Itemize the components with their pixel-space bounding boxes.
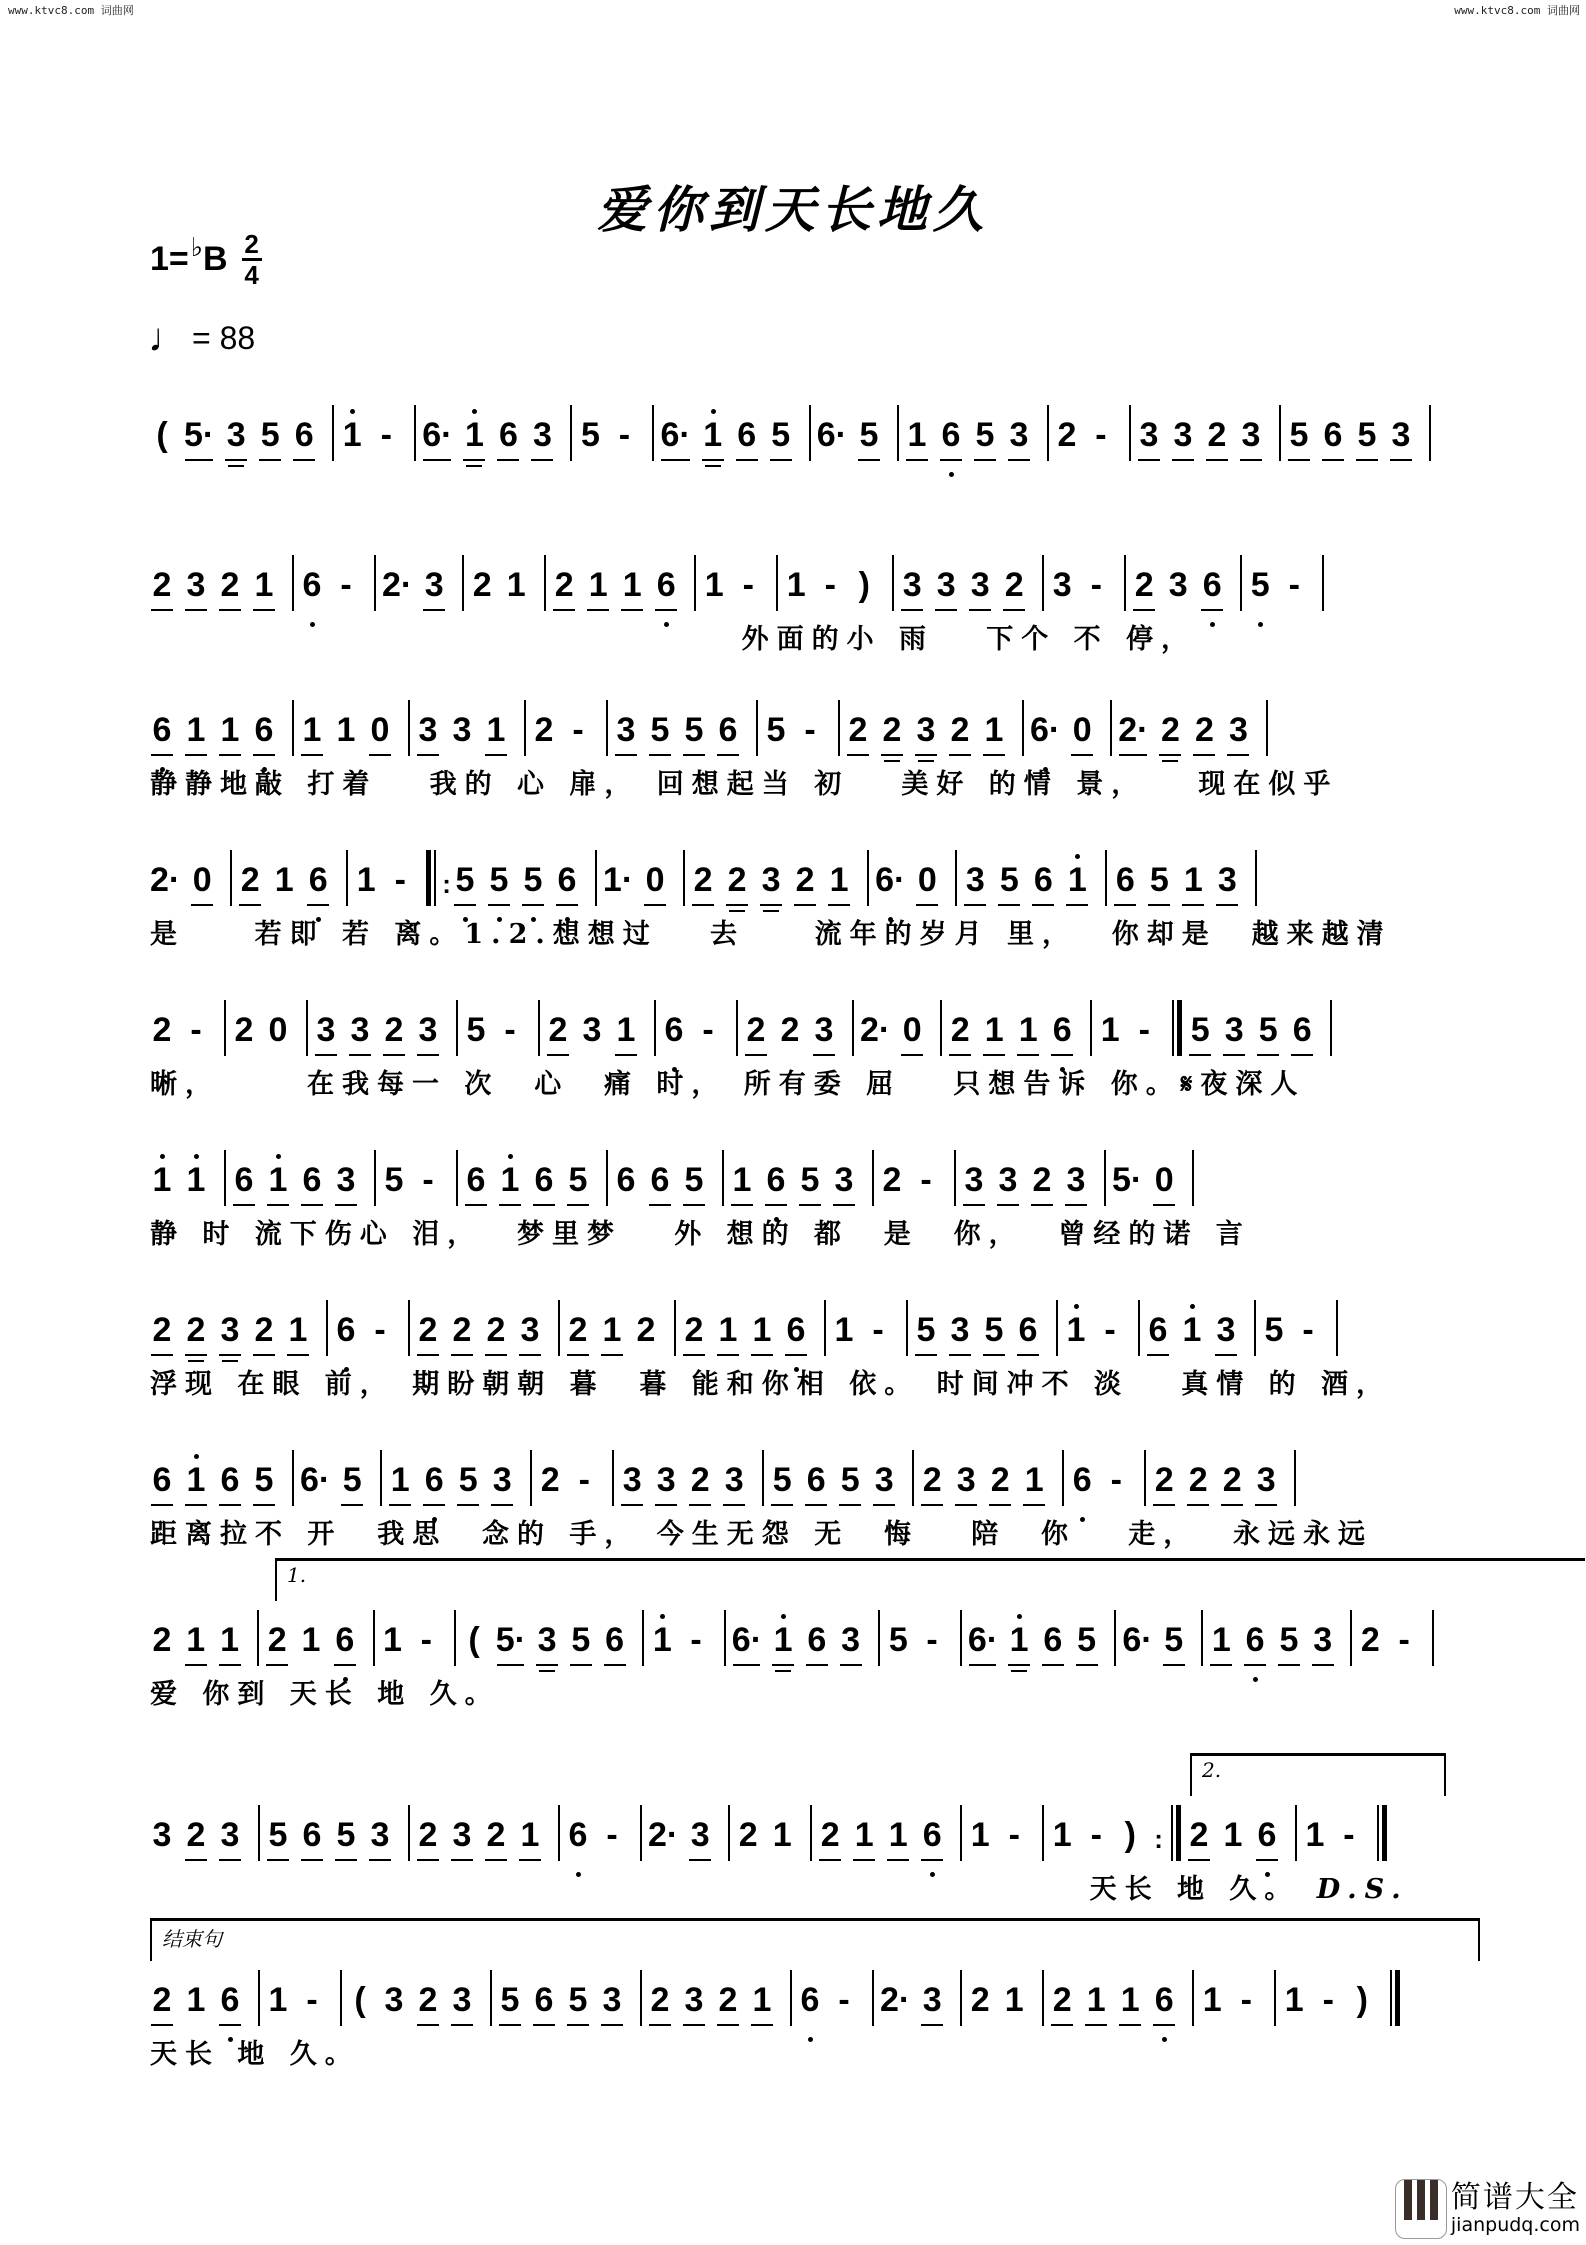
barline	[258, 1970, 260, 2026]
lyric-line: 外面的小 雨 下个 不 停，	[150, 617, 1196, 656]
note: 1	[1180, 1310, 1204, 1350]
volta-bracket: 1.	[275, 1558, 1585, 1601]
note: 3	[530, 415, 554, 455]
note: 2	[150, 1620, 174, 1660]
note: 5	[982, 1310, 1006, 1350]
dash: -	[1296, 1310, 1320, 1350]
note: 3	[416, 1010, 440, 1050]
barline	[642, 1610, 644, 1666]
notation-line: 2·02161-:55561·0223216·035616513	[150, 840, 1440, 900]
note: 6	[334, 1310, 358, 1350]
note: 2	[716, 1980, 740, 2020]
dash: -	[1089, 415, 1113, 455]
note: 1	[1098, 1010, 1122, 1050]
barline	[1322, 555, 1324, 611]
dash: -	[818, 565, 842, 605]
note: 0	[915, 860, 939, 900]
note: 6·	[1030, 710, 1060, 750]
note: 3	[914, 710, 938, 750]
note: 5	[1355, 415, 1379, 455]
barline	[790, 1970, 792, 2026]
key-note: B	[203, 240, 228, 279]
barline	[1192, 1970, 1194, 2026]
note: 3	[334, 1160, 358, 1200]
note: 3	[150, 1815, 174, 1855]
lyric-line: 静静地敲 打着 我的 心 扉， 回想起当 初 美好 的情 景， 现在似乎	[150, 762, 1338, 801]
note: 6	[784, 1310, 808, 1350]
note: 2	[566, 1310, 590, 1350]
dash: -	[388, 860, 412, 900]
barline	[912, 1450, 914, 1506]
barline	[332, 405, 334, 461]
note: 5	[648, 710, 672, 750]
barline	[640, 1970, 642, 2026]
note: 2	[948, 1010, 972, 1050]
note: 2	[691, 860, 715, 900]
note: 1	[299, 1620, 323, 1660]
note: 2·	[150, 860, 180, 900]
note: 5	[886, 1620, 910, 1660]
note: 1	[702, 565, 726, 605]
barline	[456, 1000, 458, 1056]
dash: -	[1392, 1620, 1416, 1660]
barline	[724, 1610, 726, 1666]
barline	[940, 1000, 942, 1056]
repeat-start-barline	[426, 850, 436, 906]
note: 2	[682, 1310, 706, 1350]
note: 3	[218, 1815, 242, 1855]
note: 1	[1007, 1620, 1031, 1660]
note: 5	[569, 1620, 593, 1660]
note: 3	[1064, 1160, 1088, 1200]
note: 2	[880, 710, 904, 750]
note: 6	[306, 860, 330, 900]
volta-bracket: 2.	[1190, 1753, 1446, 1796]
note: 0	[643, 860, 667, 900]
watermark-left: www.ktvc8.com 词曲网	[8, 2, 134, 18]
note: 6	[292, 415, 316, 455]
note: 2	[1187, 1815, 1211, 1855]
note: 5	[1075, 1620, 1099, 1660]
note: 5	[857, 415, 881, 455]
dash: -	[1002, 1815, 1026, 1855]
note: 6	[1243, 1620, 1267, 1660]
note: 2	[1186, 1460, 1210, 1500]
barline	[606, 700, 608, 756]
note: 3	[920, 1980, 944, 2020]
note: 6	[300, 565, 324, 605]
note: 3	[722, 1460, 746, 1500]
note: 6	[603, 1620, 627, 1660]
note: 2	[265, 1620, 289, 1660]
note: 1	[1016, 1010, 1040, 1050]
note: 1	[184, 1980, 208, 2020]
note: 1	[586, 565, 610, 605]
note: 1	[827, 860, 851, 900]
dash: -	[736, 565, 760, 605]
note: 1	[1221, 1815, 1245, 1855]
note: 6·	[732, 1620, 762, 1660]
note: 5	[682, 710, 706, 750]
barline	[960, 1970, 962, 2026]
note: 3	[1239, 415, 1263, 455]
note: 1	[334, 710, 358, 750]
note: 3	[948, 1310, 972, 1350]
barline	[230, 850, 232, 906]
note: 1	[770, 1815, 794, 1855]
note: 2	[688, 1460, 712, 1500]
note: 6	[735, 415, 759, 455]
note: 1	[218, 710, 242, 750]
note: 6	[1041, 1620, 1065, 1660]
note: 1	[620, 565, 644, 605]
dash: -	[416, 1160, 440, 1200]
barline	[736, 1000, 738, 1056]
note: 1	[150, 1160, 174, 1200]
note: 6	[555, 860, 579, 900]
barline	[960, 1610, 962, 1666]
note: 1	[1064, 1310, 1088, 1350]
score-row: 2·02161-:55561·0223216·035616513是 若即 若 离…	[150, 840, 1440, 900]
note: 5	[566, 1980, 590, 2020]
note: 2	[1158, 710, 1182, 750]
note: 1	[184, 1160, 208, 1200]
note: 5	[1248, 565, 1272, 605]
note: 3	[872, 1460, 896, 1500]
barline	[1042, 1805, 1044, 1861]
note: 5	[798, 1160, 822, 1200]
note: 3	[1214, 1310, 1238, 1350]
note: 1	[1200, 1980, 1224, 2020]
dash: -	[1084, 565, 1108, 605]
barline	[954, 1150, 956, 1206]
note: 2	[1055, 415, 1079, 455]
note: 6	[150, 710, 174, 750]
note: 5	[498, 1980, 522, 2020]
note: 3	[954, 1460, 978, 1500]
paren: )	[1350, 1980, 1374, 2020]
note: 6·	[422, 415, 452, 455]
note: 2	[484, 1815, 508, 1855]
dash: -	[600, 1815, 624, 1855]
note: 2	[778, 1010, 802, 1050]
note: 6·	[875, 860, 905, 900]
note: 5	[382, 1160, 406, 1200]
note: 1	[184, 1460, 208, 1500]
barline	[654, 1000, 656, 1056]
note: 3	[1050, 565, 1074, 605]
note: 5	[464, 1010, 488, 1050]
note: 6	[614, 1160, 638, 1200]
note: 3	[450, 1815, 474, 1855]
note: 1	[614, 1010, 638, 1050]
note: 1	[982, 710, 1006, 750]
note: 0	[900, 1010, 924, 1050]
note: 5	[914, 1310, 938, 1350]
notation-line: 2-2033235-2316-2232·021161-5356	[150, 990, 1440, 1050]
note: 1	[498, 1160, 522, 1200]
barline	[1295, 1805, 1297, 1861]
barline	[224, 1000, 226, 1056]
note: 5·	[184, 415, 214, 455]
barline	[408, 1805, 410, 1861]
score-row: 2-2033235-2316-2232·021161-5356晰， 在我每一 次…	[150, 990, 1440, 1050]
note: 5	[487, 860, 511, 900]
note: 3	[963, 860, 987, 900]
lyric-line: 静 时 流下伤心 泪， 梦里梦 外 想的 都 是 你， 曾经的诺 言	[150, 1212, 1251, 1251]
note: 1	[1050, 1815, 1074, 1855]
note: 2·	[382, 565, 412, 605]
note: 2	[184, 1310, 208, 1350]
note: 6	[798, 1980, 822, 2020]
barline	[1022, 700, 1024, 756]
barline	[306, 1000, 308, 1056]
barline	[1254, 1300, 1256, 1356]
note: 2·	[1118, 710, 1148, 750]
note: 1	[300, 710, 324, 750]
note: 1	[184, 1620, 208, 1660]
note: 1	[518, 1815, 542, 1855]
note: 2	[232, 1010, 256, 1050]
note: 6·	[1122, 1620, 1152, 1660]
barline	[1192, 1150, 1194, 1206]
barline	[756, 700, 758, 756]
note: 1	[286, 1310, 310, 1350]
note: 3	[654, 1460, 678, 1500]
note: 2	[634, 1310, 658, 1350]
note: 2	[184, 1815, 208, 1855]
note: 1	[484, 710, 508, 750]
note: 2	[1205, 415, 1229, 455]
note: 2	[1220, 1460, 1244, 1500]
barline	[722, 1150, 724, 1206]
note: 1	[272, 860, 296, 900]
note: 1·	[603, 860, 633, 900]
barline	[558, 1300, 560, 1356]
barline	[1429, 405, 1431, 461]
note: 6	[939, 415, 963, 455]
barline	[538, 1000, 540, 1056]
note: 3	[1215, 860, 1239, 900]
note: 2	[1152, 1460, 1176, 1500]
notation-line: 2112161-(5·3561-6·1635-6·1656·516532-	[150, 1600, 1440, 1660]
dash: -	[1098, 1310, 1122, 1350]
note: 3	[416, 710, 440, 750]
note: 3	[314, 1010, 338, 1050]
paren: )	[852, 565, 876, 605]
dash: -	[566, 710, 590, 750]
note: 1	[1084, 1980, 1108, 2020]
note: 5	[1162, 1620, 1186, 1660]
note: 6	[532, 1160, 556, 1200]
barline	[824, 1300, 826, 1356]
note: 1	[462, 415, 486, 455]
dash: -	[1234, 1980, 1258, 2020]
barline	[257, 1610, 259, 1666]
paren: (	[462, 1620, 486, 1660]
barline	[867, 850, 869, 906]
barline	[292, 1450, 294, 1506]
note: 5	[1262, 1310, 1286, 1350]
note: 1	[1282, 1980, 1306, 2020]
paren: (	[348, 1980, 372, 2020]
note: 1	[340, 415, 364, 455]
note: 0	[1152, 1160, 1176, 1200]
final-barline	[1172, 1000, 1182, 1056]
note: 2·	[648, 1815, 678, 1855]
barline	[462, 555, 464, 611]
note: 2	[1002, 565, 1026, 605]
note: 1	[750, 1310, 774, 1350]
note: 6	[716, 710, 740, 750]
score-row: 2112161-(5·3561-6·1635-6·1656·516532-爱 你…	[150, 1600, 1440, 1660]
tempo-marking: ♩ = 88	[148, 316, 255, 361]
barline	[1294, 1450, 1296, 1506]
dash: -	[914, 1160, 938, 1200]
barline	[1201, 1610, 1203, 1666]
note: 3	[348, 1010, 372, 1050]
note: 1	[750, 1980, 774, 2020]
time-top: 2	[244, 232, 258, 256]
note: 6	[1016, 1310, 1040, 1350]
barline	[340, 1970, 342, 2026]
note: 2	[218, 565, 242, 605]
lyric-line: 晰， 在我每一 次 心 痛 时， 所有委 屈 只想告诉 你。𝄋夜深人	[150, 1062, 1305, 1101]
note: 6	[1146, 1310, 1170, 1350]
note: 2	[470, 565, 494, 605]
note: 6	[1050, 1010, 1074, 1050]
note: 2	[416, 1815, 440, 1855]
score-row: 2161-(323565323216-2·32121161-1-)天长 地 久。…	[150, 1960, 1440, 2020]
note: 5	[456, 1460, 480, 1500]
note: 2	[648, 1980, 672, 2020]
dash: -	[374, 415, 398, 455]
note: 2	[1132, 565, 1156, 605]
notation-line: 223216-222321221161-53561-6135-	[150, 1290, 1440, 1350]
barline	[374, 1150, 376, 1206]
barline	[326, 1300, 328, 1356]
note: 6	[300, 1815, 324, 1855]
note: 3	[368, 1815, 392, 1855]
note: 5	[340, 1460, 364, 1500]
barline	[606, 1150, 608, 1206]
barline	[558, 1805, 560, 1861]
note: 3	[934, 565, 958, 605]
note: 1	[1118, 1980, 1142, 2020]
note: 5	[453, 860, 477, 900]
dash: -	[866, 1310, 890, 1350]
note: 3	[759, 860, 783, 900]
note: 6·	[300, 1460, 330, 1500]
dash: -	[334, 565, 358, 605]
barline	[595, 850, 597, 906]
note: 3	[1389, 415, 1413, 455]
note: 6	[333, 1620, 357, 1660]
note: 1	[388, 1460, 412, 1500]
barline	[1255, 850, 1257, 906]
barline	[408, 700, 410, 756]
note: 1	[252, 565, 276, 605]
barline	[380, 1450, 382, 1506]
barline	[1432, 1610, 1434, 1666]
note: 2	[968, 1980, 992, 2020]
note: 5	[578, 415, 602, 455]
barline	[1330, 1000, 1332, 1056]
note: 1	[771, 1620, 795, 1660]
note: 1	[832, 1310, 856, 1350]
note: 2	[1030, 1160, 1054, 1200]
volta-bracket: 结束句	[150, 1918, 1480, 1961]
final-barline	[1390, 1970, 1400, 2026]
barline	[373, 1610, 375, 1666]
notation-line: 323565323216-2·32121161-1-):2161-	[150, 1795, 1440, 1855]
note: 6	[1255, 1815, 1279, 1855]
note: 1	[381, 1620, 405, 1660]
note: 3	[688, 1815, 712, 1855]
note: 6	[648, 1160, 672, 1200]
barline	[612, 1450, 614, 1506]
note: 1	[1181, 860, 1205, 900]
note: 3	[1171, 415, 1195, 455]
note: 6	[1070, 1460, 1094, 1500]
note: 6	[218, 1460, 242, 1500]
note: 1	[266, 1980, 290, 2020]
dash: -	[1316, 1980, 1340, 2020]
barline	[878, 1610, 880, 1666]
barline	[408, 1300, 410, 1356]
note: 6	[1152, 1980, 1176, 2020]
note: 3	[490, 1460, 514, 1500]
note: 3	[422, 565, 446, 605]
note: 1	[1022, 1460, 1046, 1500]
note: 2	[450, 1310, 474, 1350]
lyric-line: 是 若即 若 离。1.2.想想过 去 流年的岁月 里， 你却是 越来越清	[150, 912, 1392, 951]
barline	[292, 700, 294, 756]
note: 5	[769, 415, 793, 455]
lyric-line: 浮现 在眼 前， 期盼朝朝 暮 暮 能和你相 依。 时间冲不 淡 真情 的 酒，	[150, 1362, 1391, 1401]
logo-en: jianpudq.com	[1451, 2214, 1580, 2236]
note: 5	[764, 710, 788, 750]
note: 2	[484, 1310, 508, 1350]
barline	[1266, 700, 1268, 756]
note: 1	[266, 1160, 290, 1200]
note: 5	[1188, 1010, 1212, 1050]
barline	[1056, 1300, 1058, 1356]
dash: -	[300, 1980, 324, 2020]
note: 2·	[880, 1980, 910, 2020]
note: 6	[1321, 415, 1345, 455]
note: 2	[252, 1310, 276, 1350]
note: 1	[701, 415, 725, 455]
time-bottom: 4	[244, 263, 258, 287]
note: 6	[1113, 860, 1137, 900]
barline	[346, 850, 348, 906]
note: 3	[450, 1980, 474, 2020]
note: 2	[1050, 1980, 1074, 2020]
note: 1	[716, 1310, 740, 1350]
note: 2	[150, 565, 174, 605]
note: 2	[238, 860, 262, 900]
barline	[852, 1000, 854, 1056]
note: 2	[880, 1160, 904, 1200]
lyric-line: 天长 地 久。	[150, 2032, 360, 2071]
note: 3	[382, 1980, 406, 2020]
note: 6	[920, 1815, 944, 1855]
note: 2	[793, 860, 817, 900]
barline	[838, 700, 840, 756]
dash: -	[414, 1620, 438, 1660]
note: 3	[600, 1980, 624, 2020]
